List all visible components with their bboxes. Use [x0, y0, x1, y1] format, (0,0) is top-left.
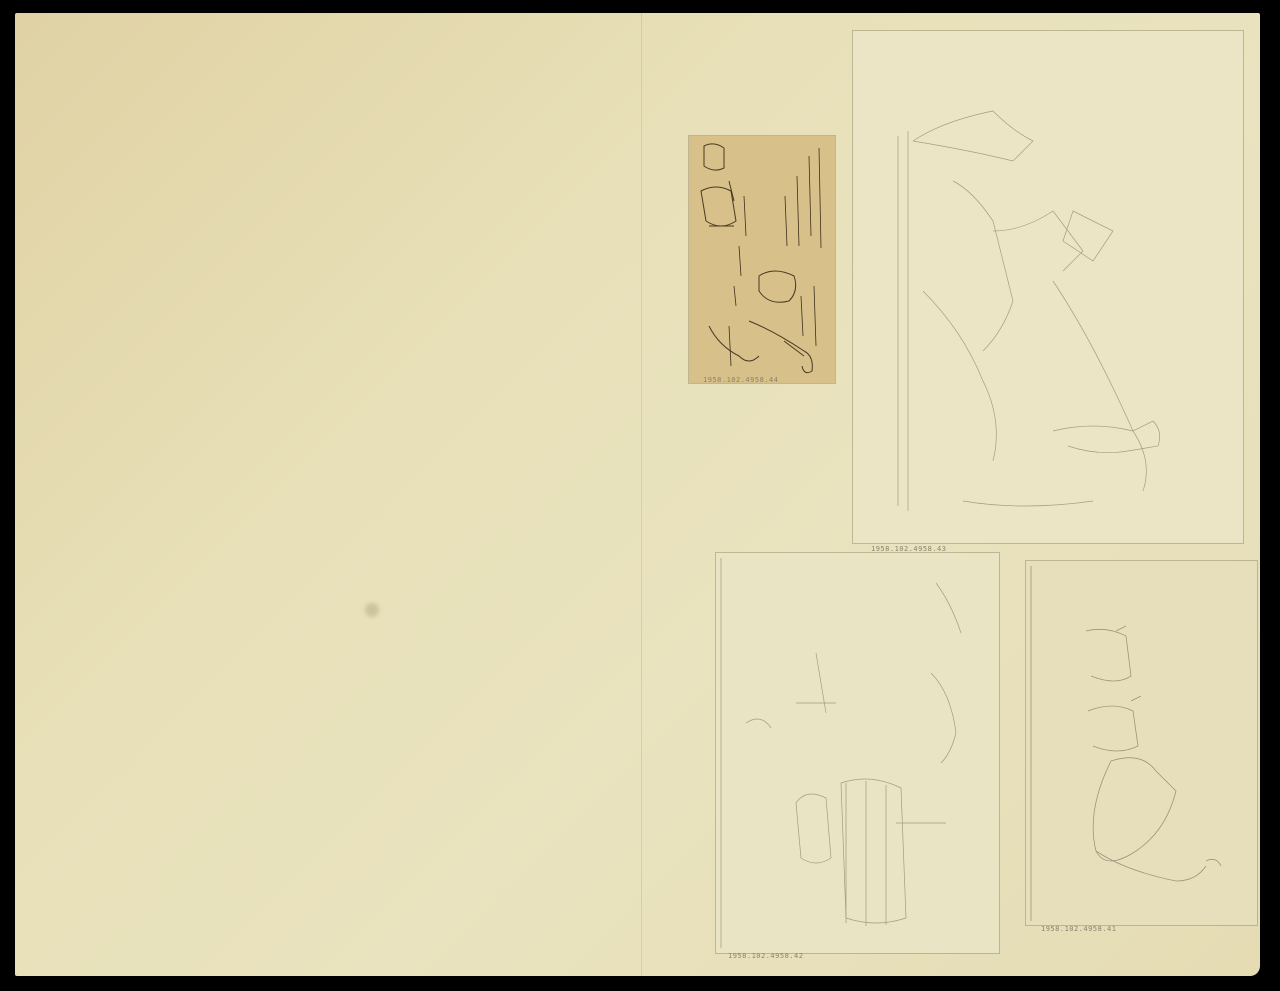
sketch-carriage-architecture: [716, 553, 999, 953]
center-fold: [641, 13, 642, 976]
sketch-ink-horses-notes: [689, 136, 835, 383]
album-page: 1958.102.4958.44 1958.102.4958.43: [15, 13, 1260, 976]
accession-number: 1958.102.4958.43: [871, 545, 946, 553]
accession-number: 1958.102.4958.44: [703, 376, 778, 384]
pencil-drawing: [1026, 561, 1257, 925]
pencil-drawing: [716, 553, 999, 953]
ink-drawing: [689, 136, 835, 383]
pencil-drawing: [853, 31, 1243, 543]
accession-number: 1958.102.4958.41: [1041, 925, 1116, 933]
sketch-horses-carriage: [1026, 561, 1257, 925]
accession-number: 1958.102.4958.42: [728, 952, 803, 960]
sketch-figures-architecture: [853, 31, 1243, 543]
foxing-spot: [365, 603, 379, 617]
